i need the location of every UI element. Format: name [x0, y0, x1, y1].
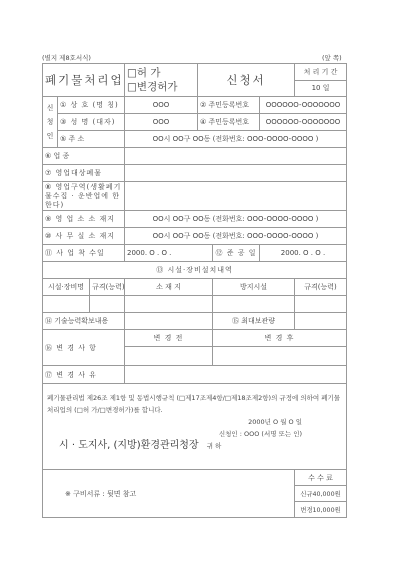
- permit-type-options: □허 가 □변경허가: [125, 64, 198, 97]
- business-location-field[interactable]: OO시 OO구 OO동 (전화번호: OOO-OOOO-OOOO ): [125, 211, 347, 228]
- start-date-field[interactable]: 2000. O . O .: [125, 245, 213, 262]
- business-area-field[interactable]: [125, 182, 347, 211]
- applicant-group-label: 신청인: [43, 97, 58, 148]
- reg-number-2-label: ④ 주민등록번호: [198, 114, 260, 131]
- tech-capability-label: ⑭ 기술능력확보내용: [43, 313, 125, 330]
- facility-location-field[interactable]: [125, 296, 213, 313]
- before-change-field[interactable]: [125, 347, 213, 366]
- facility-name-field[interactable]: [43, 296, 90, 312]
- fee-new: 신규40,000원: [295, 486, 347, 502]
- declaration-text: 폐기물관리법 제26조 제1항 및 동법시행규칙 (□제17조제4항/□제18조…: [47, 392, 342, 416]
- representative-label: ③ 성 명 (대자): [58, 114, 125, 131]
- representative-field[interactable]: OOO: [125, 114, 198, 131]
- prevention-facility-header: 방지시설: [213, 279, 295, 296]
- after-change-field[interactable]: [213, 347, 347, 366]
- applicant-signature[interactable]: 신청인 : OOO (서명 또는 인): [47, 428, 342, 440]
- completion-date-label: ⑫ 준 공 일: [213, 245, 260, 262]
- business-location-label: ⑨ 영 업 소 소 재지: [43, 211, 125, 228]
- after-change-header: 변 경 후: [213, 330, 347, 347]
- fee-change: 변경10,000원: [295, 502, 347, 518]
- recipient-authority: 시 · 도지사, (지방)환경관리청장: [59, 440, 199, 451]
- change-permit-checkbox[interactable]: □변경허가: [127, 80, 195, 94]
- business-type-label: ⑥ 업 종: [43, 148, 125, 165]
- completion-date-field[interactable]: 2000. O . O .: [260, 245, 347, 262]
- max-storage-field[interactable]: [295, 313, 347, 330]
- facility-spec-field[interactable]: [90, 296, 124, 312]
- reg-number-2-field[interactable]: OOOOOO-OOOOOOO: [260, 114, 347, 131]
- address-field[interactable]: OO시 OO구 OO동 (전화번호: OOO-OOOO-OOOO ): [125, 131, 347, 148]
- office-location-label: ⑩ 사 무 실 소 재지: [43, 228, 125, 245]
- target-waste-field[interactable]: [125, 165, 347, 182]
- before-change-header: 변 경 전: [125, 330, 213, 347]
- business-name-label: ① 상 호 (명 칭): [58, 97, 125, 114]
- address-label: ⑤ 주 소: [58, 131, 125, 148]
- office-location-field[interactable]: OO시 OO구 OO동 (전화번호: OOO-OOOO-OOOO ): [125, 228, 347, 245]
- form-title-suffix: 신청서: [198, 64, 295, 97]
- start-date-label: ⑪ 사 업 착 수일: [43, 245, 125, 262]
- processing-period-label: 처 리 기 간: [295, 64, 347, 81]
- target-waste-label: ⑦ 영업대상폐물: [43, 165, 125, 182]
- change-reason-field[interactable]: [125, 366, 347, 384]
- permit-checkbox[interactable]: □허 가: [127, 66, 195, 80]
- business-area-label: ⑧ 영업구역(생활폐기물수집 · 운반업에 한한다): [43, 182, 125, 211]
- facilities-section-title: ⑬ 시설·장비설치내역: [43, 262, 347, 279]
- processing-period-value: 10 일: [295, 80, 347, 97]
- reg-number-1-label: ② 주민등록번호: [198, 97, 260, 114]
- change-reason-label: ⑰ 변 경 사 유: [43, 366, 125, 384]
- business-name-field[interactable]: OOO: [125, 97, 198, 114]
- prevention-spec-header: 규격(능력): [295, 279, 347, 296]
- facility-location-header: 소 재 지: [125, 279, 213, 296]
- honorific: 귀 하: [201, 442, 222, 450]
- page-side: (앞 쪽): [322, 53, 342, 62]
- form-title: 폐기물처리업: [43, 64, 125, 97]
- prevention-facility-field[interactable]: [213, 296, 295, 313]
- reg-number-1-field[interactable]: OOOOOO-OOOOOOO: [260, 97, 347, 114]
- application-form: 폐기물처리업 □허 가 □변경허가 신청서 처 리 기 간 10 일 신청인 ①…: [42, 63, 347, 518]
- tech-capability-field[interactable]: [125, 313, 213, 330]
- facility-name-header: 시설·장비명: [43, 279, 90, 295]
- max-storage-label: ⑮ 최대보관량: [213, 313, 295, 330]
- fee-label: 수 수 료: [295, 470, 347, 486]
- prevention-spec-field[interactable]: [295, 296, 347, 313]
- required-documents-note: ※ 구비서류 : 뒷면 참고: [43, 470, 295, 518]
- form-number: (별지 제8호서식): [42, 53, 91, 62]
- facility-spec-header: 규격(능력): [90, 279, 124, 295]
- business-type-field[interactable]: [125, 148, 347, 165]
- changes-label: ⑯ 변 경 사 항: [43, 330, 125, 366]
- application-date: 2000년 O 월 O 일: [47, 416, 342, 428]
- declaration-block: 폐기물관리법 제26조 제1항 및 동법시행규칙 (□제17조제4항/□제18조…: [43, 384, 347, 470]
